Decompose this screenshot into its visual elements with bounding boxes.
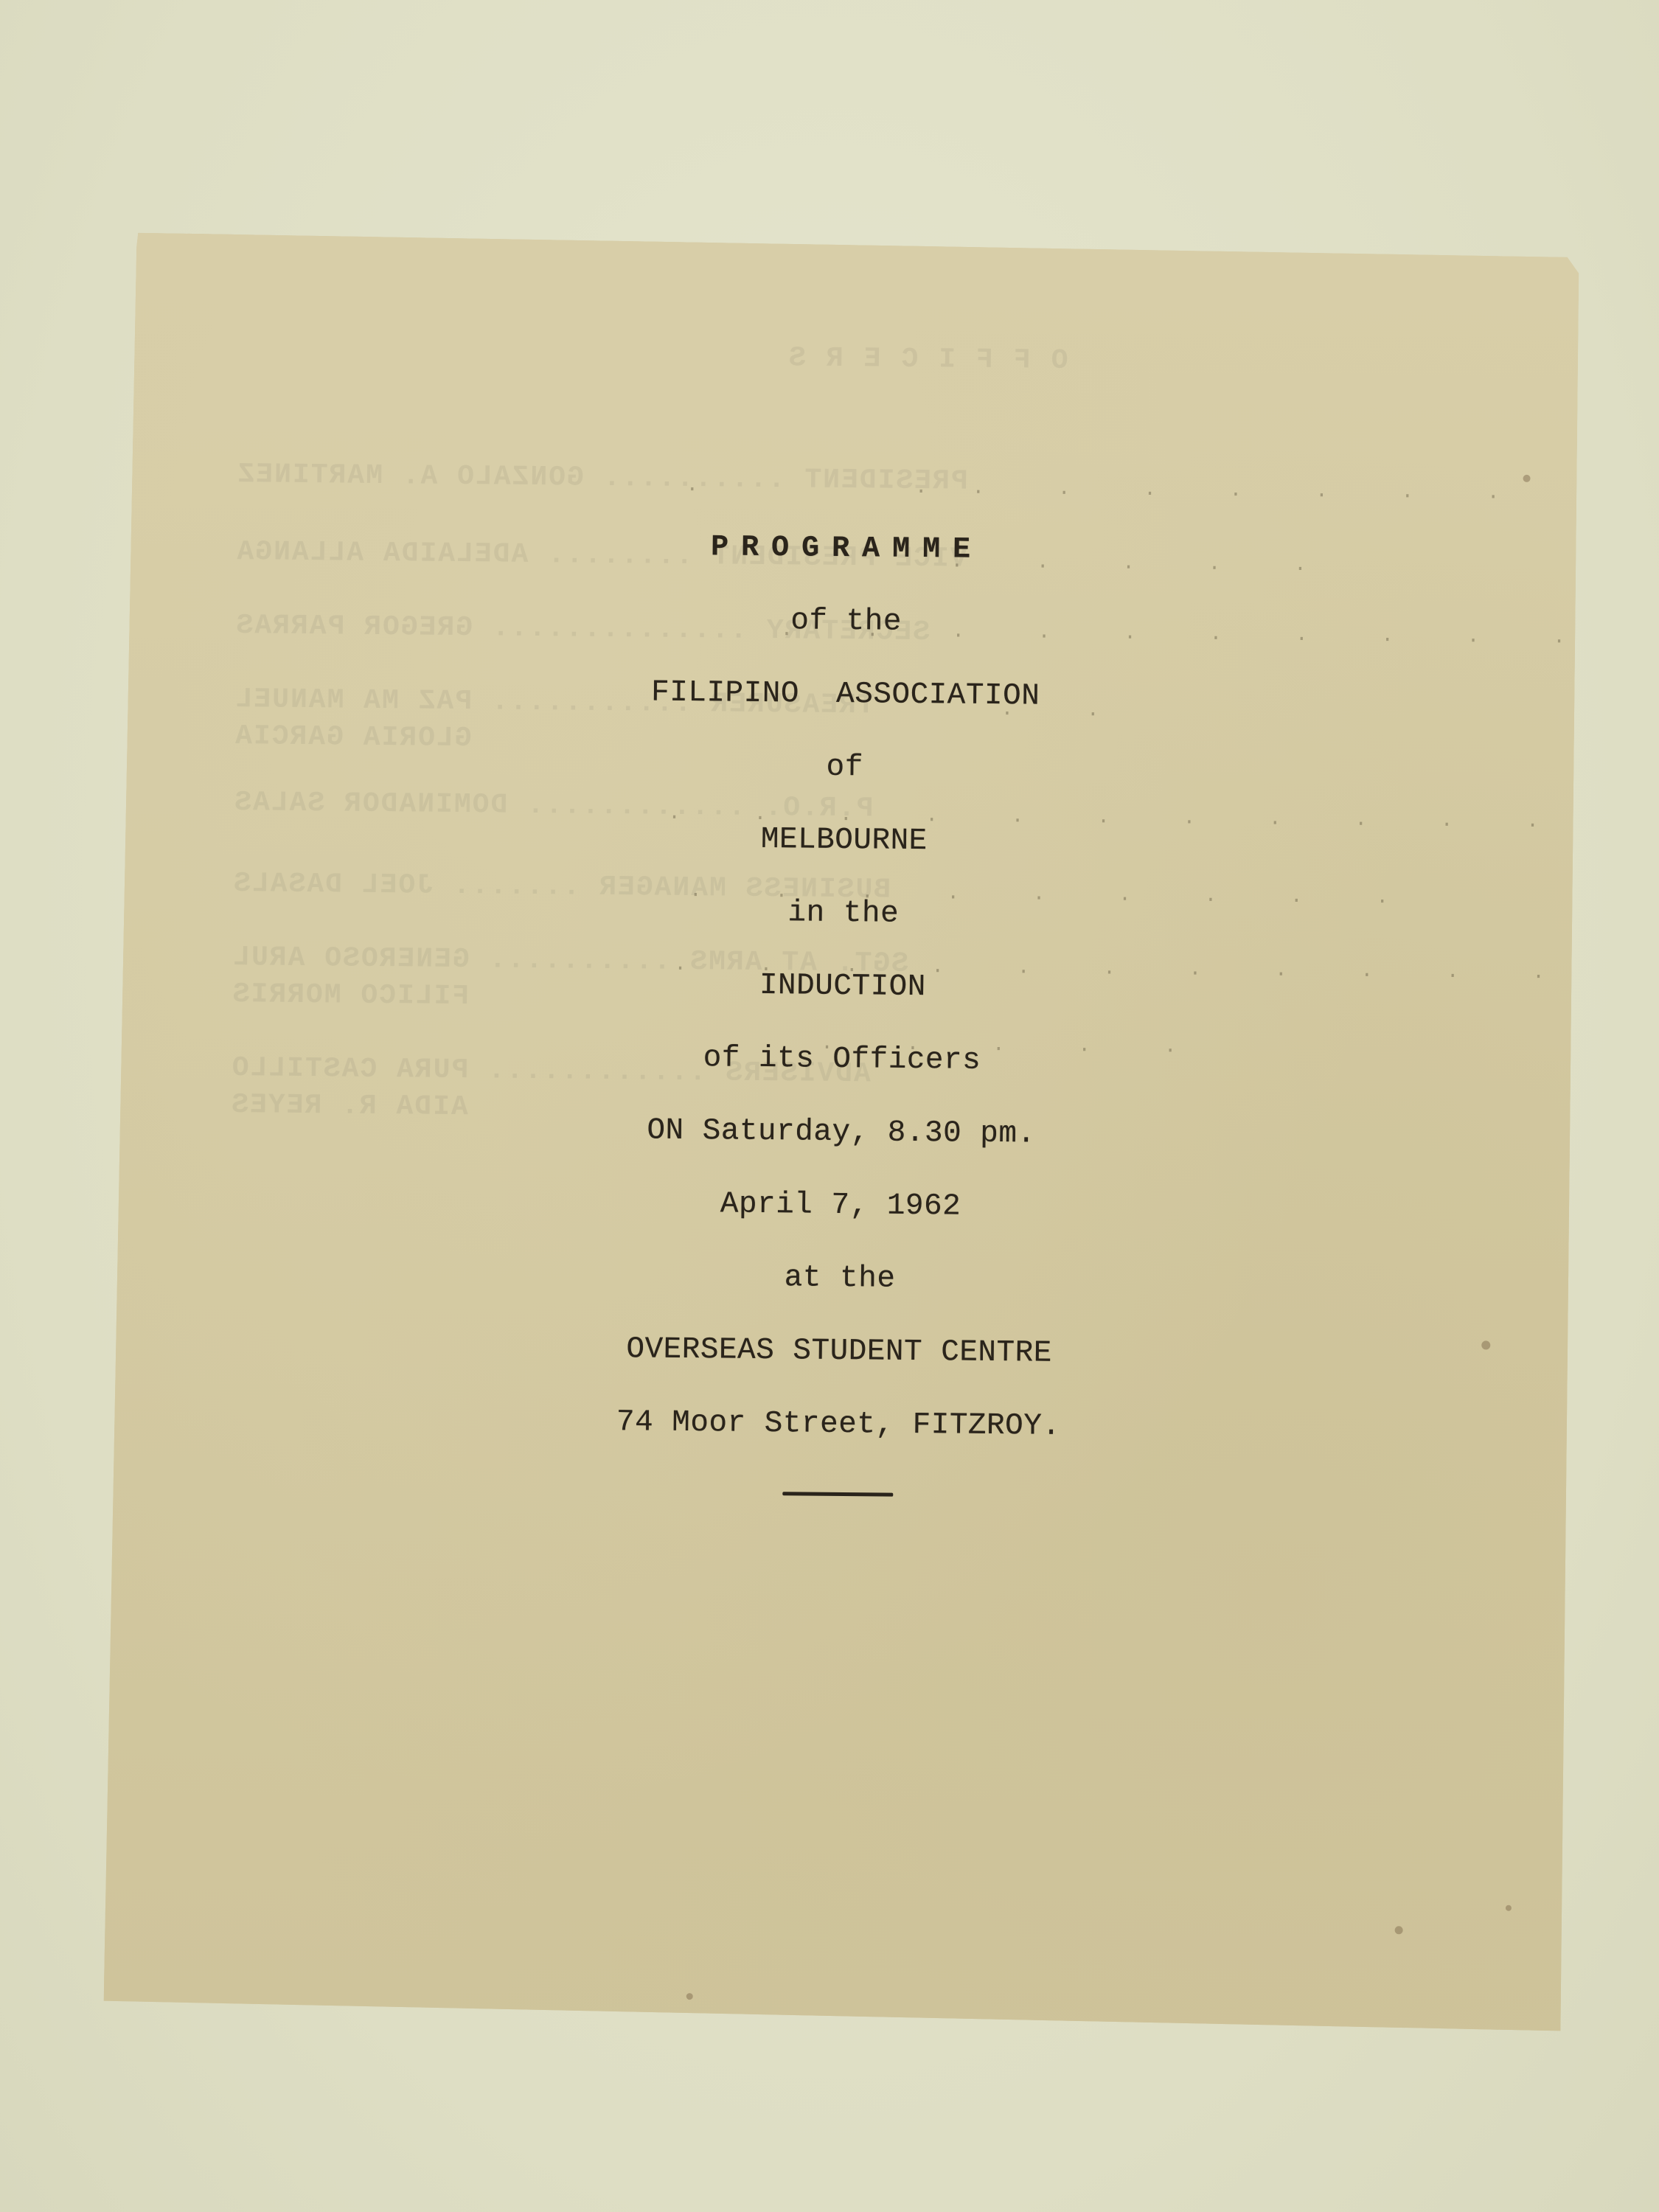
text-line-association-name: FILIPINO ASSOCIATION [116, 652, 1575, 739]
programme-heading: PROGRAMME [117, 506, 1576, 593]
text-line-of-its-officers: of its Officers [113, 1017, 1572, 1104]
paper-speck [1395, 1926, 1403, 1934]
paper-speck [686, 1993, 693, 2000]
paper-speck [1523, 475, 1531, 482]
text-line-induction: INDUCTION [113, 944, 1572, 1031]
text-line-city: MELBOURNE [114, 798, 1573, 885]
text-line-day-time: ON Saturday, 8.30 pm. [112, 1090, 1571, 1177]
programme-text: PROGRAMME of the FILIPINO ASSOCIATION of… [108, 506, 1576, 1503]
text-line-of: of [115, 725, 1574, 812]
text-line-address: 74 Moor Street, FITZROY. [109, 1381, 1568, 1468]
dot-leader: . . . . . . . . . [686, 474, 1516, 505]
text-line-venue: OVERSEAS STUDENT CENTRE [110, 1308, 1569, 1395]
programme-page: OFFICERS PRESIDENT .......... GONZALO A.… [103, 233, 1579, 2031]
paper-speck [1506, 1905, 1512, 1911]
text-line-at-the: at the [111, 1235, 1570, 1322]
text-line-in-the: in the [114, 871, 1573, 958]
text-line-date: April 7, 1962 [111, 1163, 1571, 1250]
text-line-of-the: of the [116, 579, 1576, 666]
closing-rule [782, 1492, 893, 1496]
show-through-title: OFFICERS [768, 342, 1068, 377]
